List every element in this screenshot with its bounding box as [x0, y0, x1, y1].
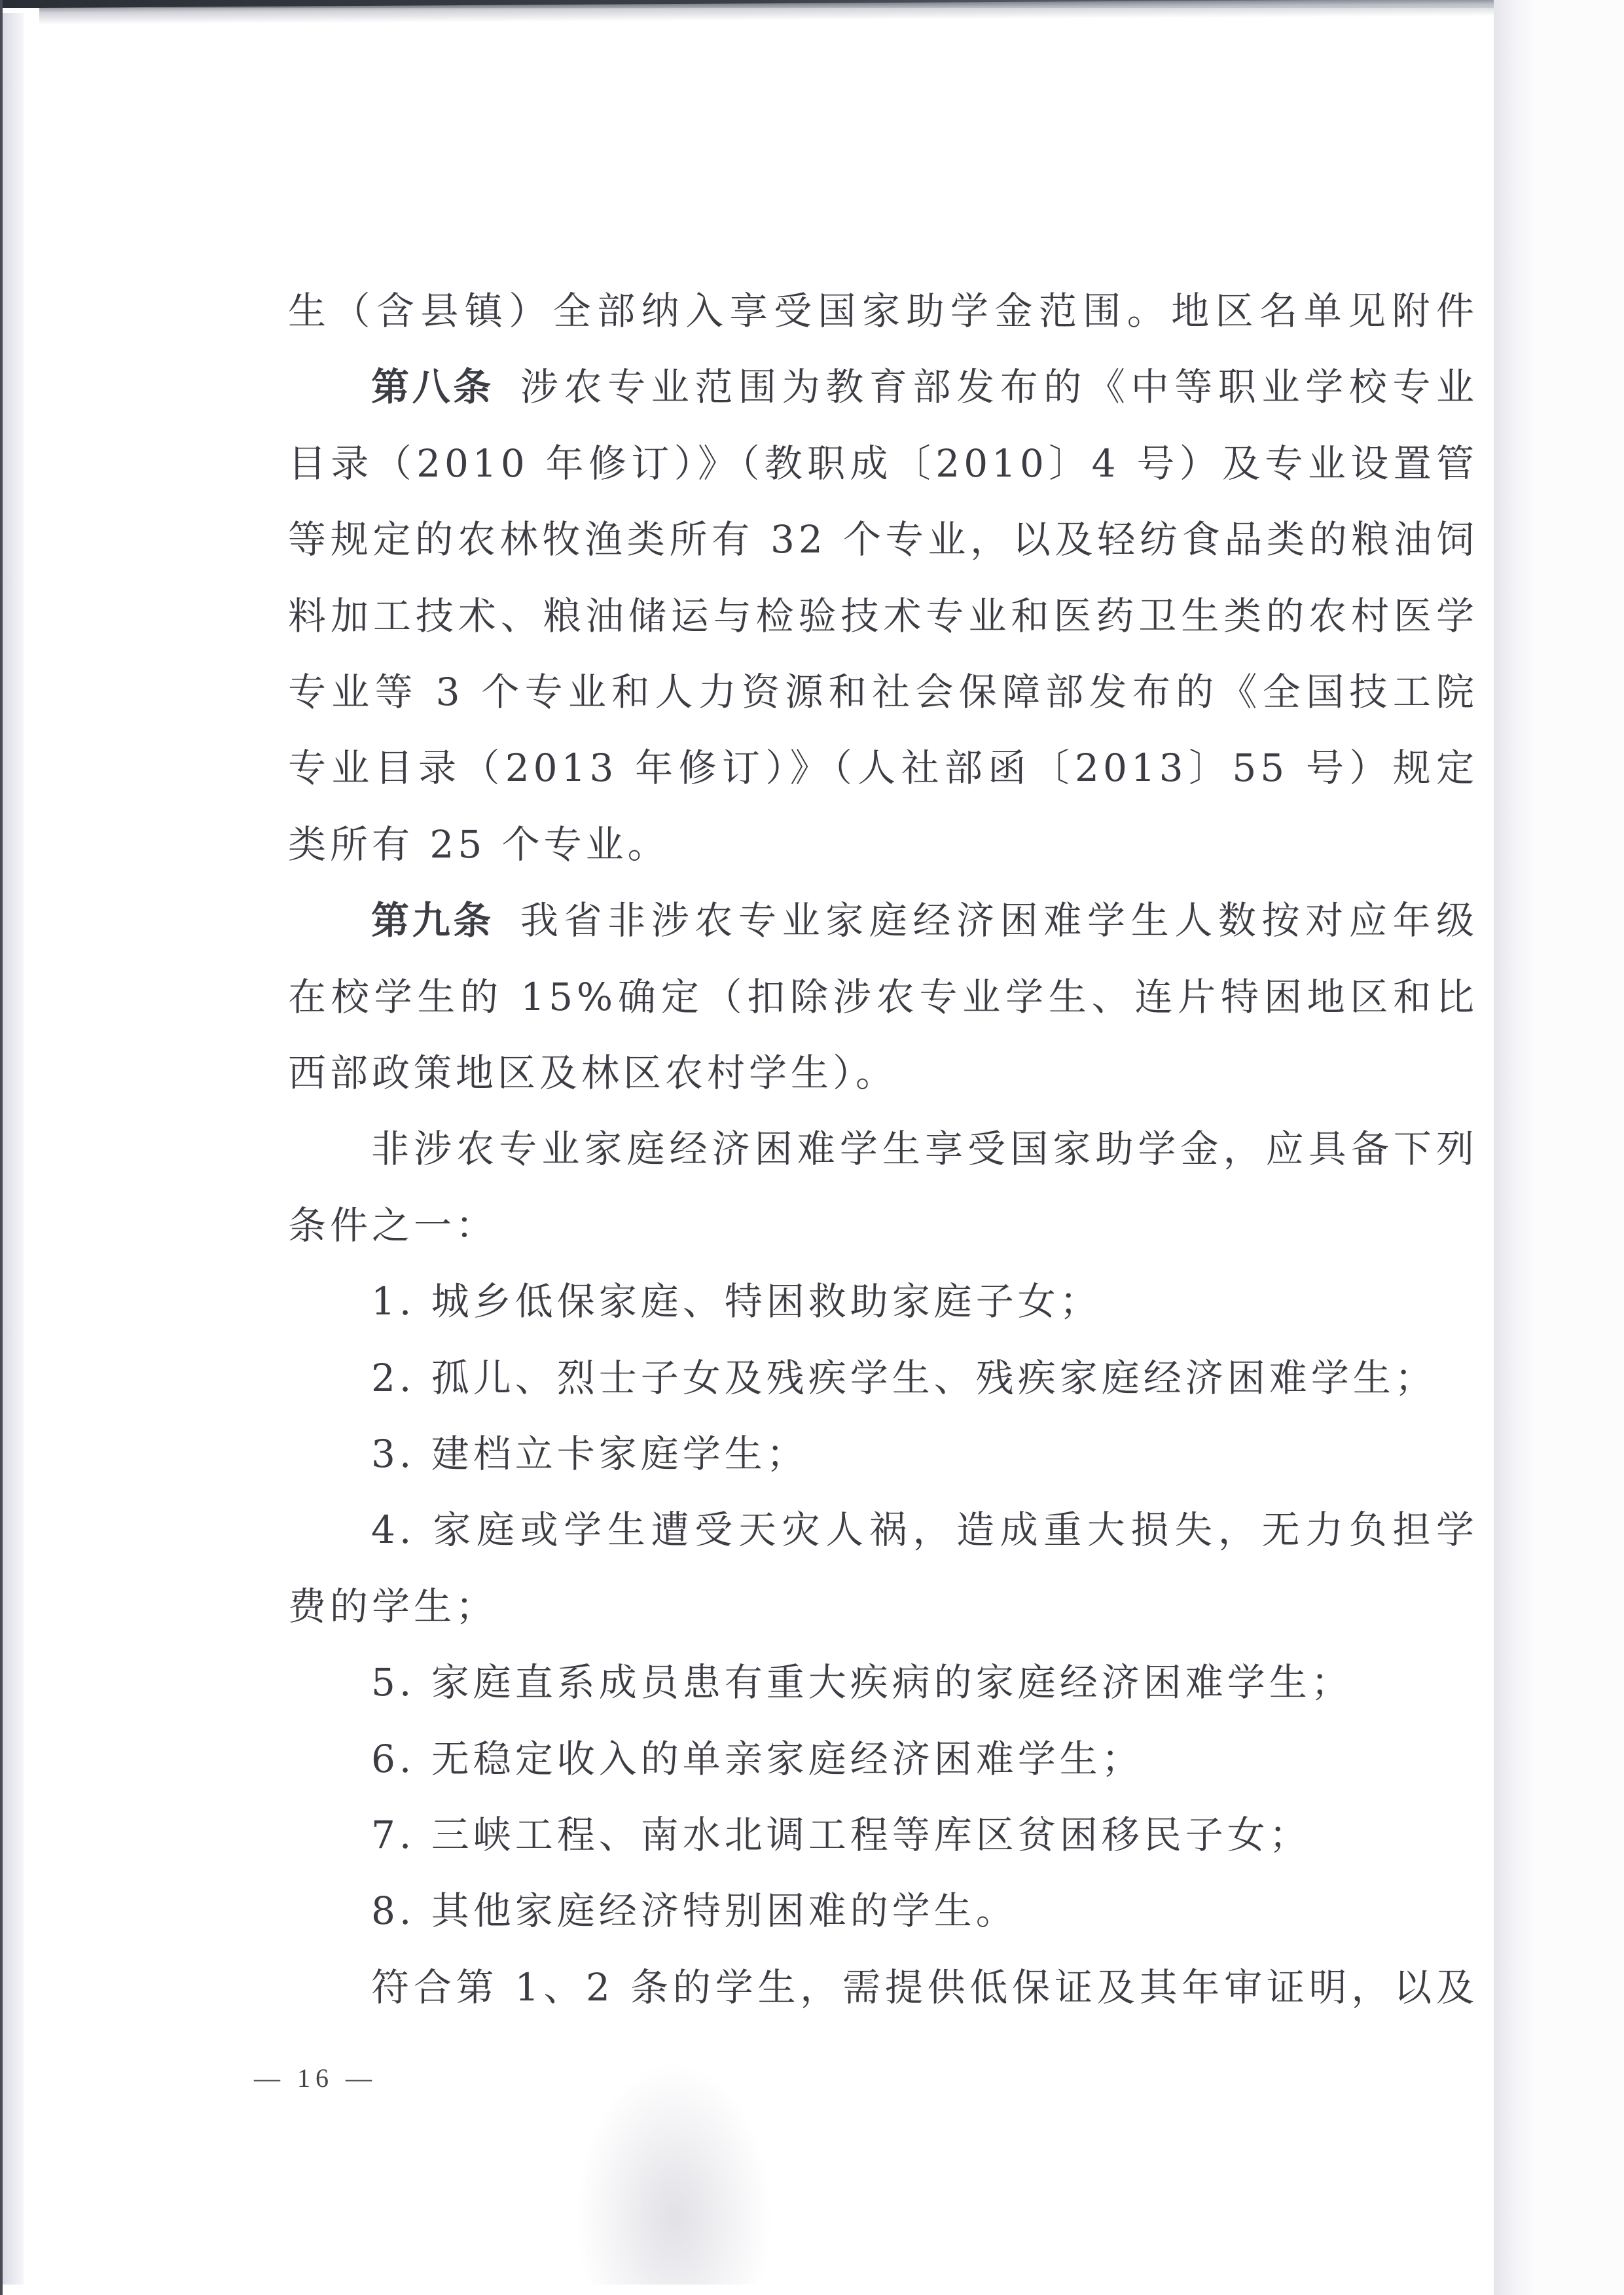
condition-item-3: 3. 建档立卡家庭学生； — [371, 1431, 1478, 1477]
condition-item-6: 6. 无稳定收入的单亲家庭经济困难学生； — [371, 1736, 1478, 1782]
document-page: 生（含县镇）全部纳入享受国家助学金范围。地区名单见附件 1。 第八条涉农专业范围… — [0, 0, 1624, 2295]
text-line-4: 等规定的农林牧渔类所有 32 个专业，以及轻纺食品类的粮油饲 — [288, 516, 1478, 562]
condition-item-7: 7. 三峡工程、南水北调工程等库区贫困移民子女； — [371, 1812, 1478, 1858]
line-text: 8. 其他家庭经济特别困难的学生。 — [371, 1888, 1018, 1933]
condition-item-1: 1. 城乡低保家庭、特困救助家庭子女； — [371, 1278, 1478, 1324]
condition-item-2: 2. 孤儿、烈士子女及残疾学生、残疾家庭经济困难学生； — [371, 1355, 1478, 1401]
line-text: 在校学生的 15%确定（扣除涉农专业学生、连片特困地区和比照 — [288, 975, 1478, 1020]
text-line-10: 在校学生的 15%确定（扣除涉农专业学生、连片特困地区和比照 — [288, 974, 1478, 1020]
text-line-11: 西部政策地区及林区农村学生）。 — [288, 1050, 1478, 1096]
line-text: 类所有 25 个专业。 — [288, 822, 670, 867]
line-text: 专业等 3 个专业和人力资源和社会保障部发布的《全国技工院校 — [288, 670, 1478, 715]
line-text: 2. 孤儿、烈士子女及残疾学生、残疾家庭经济困难学生； — [371, 1356, 1437, 1400]
text-line-3: 目录（2010 年修订）》（教职成〔2010〕4 号）及专业设置管理办法 — [288, 441, 1478, 486]
text-line-12: 非涉农专业家庭经济困难学生享受国家助学金，应具备下列 — [371, 1126, 1478, 1172]
text-line-6: 专业等 3 个专业和人力资源和社会保障部发布的《全国技工院校 — [288, 669, 1478, 715]
line-text: 等规定的农林牧渔类所有 32 个专业，以及轻纺食品类的粮油饲 — [288, 517, 1478, 562]
line-text: 费的学生； — [288, 1584, 497, 1629]
line-text: 4. 家庭或学生遭受天灾人祸，造成重大损失，无力负担学 — [371, 1508, 1478, 1552]
article-9-heading-line: 第九条我省非涉农专业家庭经济困难学生人数按对应年级 — [371, 897, 1478, 943]
text-line-1: 生（含县镇）全部纳入享受国家助学金范围。地区名单见附件 1。 — [288, 288, 1478, 334]
condition-item-4: 4. 家庭或学生遭受天灾人祸，造成重大损失，无力负担学 — [371, 1507, 1478, 1553]
line-text: 5. 家庭直系成员患有重大疾病的家庭经济困难学生； — [371, 1660, 1353, 1705]
page-number: — 16 — — [254, 2062, 377, 2095]
text-line-7: 专业目录（2013 年修订）》（人社部函〔2013〕55 号）规定的农业 — [288, 745, 1478, 791]
line-text: 我省非涉农专业家庭经济困难学生人数按对应年级 — [520, 898, 1478, 943]
text-line-13: 条件之一： — [288, 1202, 1478, 1248]
line-text: 符合第 1、2 条的学生，需提供低保证及其年审证明，以及 — [371, 1965, 1478, 2010]
line-text: 生（含县镇）全部纳入享受国家助学金范围。地区名单见附件 1。 — [288, 289, 1478, 334]
line-text: 料加工技术、粮油储运与检验技术专业和医药卫生类的农村医学 — [288, 594, 1478, 638]
article-9-label: 第九条 — [371, 898, 494, 943]
line-text: 非涉农专业家庭经济困难学生享受国家助学金，应具备下列 — [371, 1127, 1478, 1171]
line-text: 6. 无稳定收入的单亲家庭经济困难学生； — [371, 1737, 1144, 1781]
condition-item-5: 5. 家庭直系成员患有重大疾病的家庭经济困难学生； — [371, 1659, 1478, 1705]
text-line-8: 类所有 25 个专业。 — [288, 822, 1478, 867]
article-8-label: 第八条 — [371, 365, 494, 409]
line-text: 西部政策地区及林区农村学生）。 — [288, 1051, 897, 1095]
line-text: 7. 三峡工程、南水北调工程等库区贫困移民子女； — [371, 1813, 1311, 1857]
condition-item-4-continued: 费的学生； — [288, 1583, 1478, 1629]
line-text: 1. 城乡低保家庭、特困救助家庭子女； — [371, 1279, 1102, 1324]
line-text: 涉农专业范围为教育部发布的《中等职业学校专业 — [520, 365, 1478, 409]
condition-item-8: 8. 其他家庭经济特别困难的学生。 — [371, 1888, 1478, 1934]
article-8-heading-line: 第八条涉农专业范围为教育部发布的《中等职业学校专业 — [371, 364, 1478, 410]
line-text: 专业目录（2013 年修订）》（人社部函〔2013〕55 号）规定的农业 — [288, 746, 1478, 791]
line-text: 3. 建档立卡家庭学生； — [371, 1432, 808, 1476]
text-line-5: 料加工技术、粮油储运与检验技术专业和医药卫生类的农村医学 — [288, 593, 1478, 639]
text-line-23: 符合第 1、2 条的学生，需提供低保证及其年审证明，以及 — [371, 1964, 1478, 2010]
line-text: 目录（2010 年修订）》（教职成〔2010〕4 号）及专业设置管理办法 — [288, 441, 1478, 486]
line-text: 条件之一： — [288, 1203, 497, 1248]
